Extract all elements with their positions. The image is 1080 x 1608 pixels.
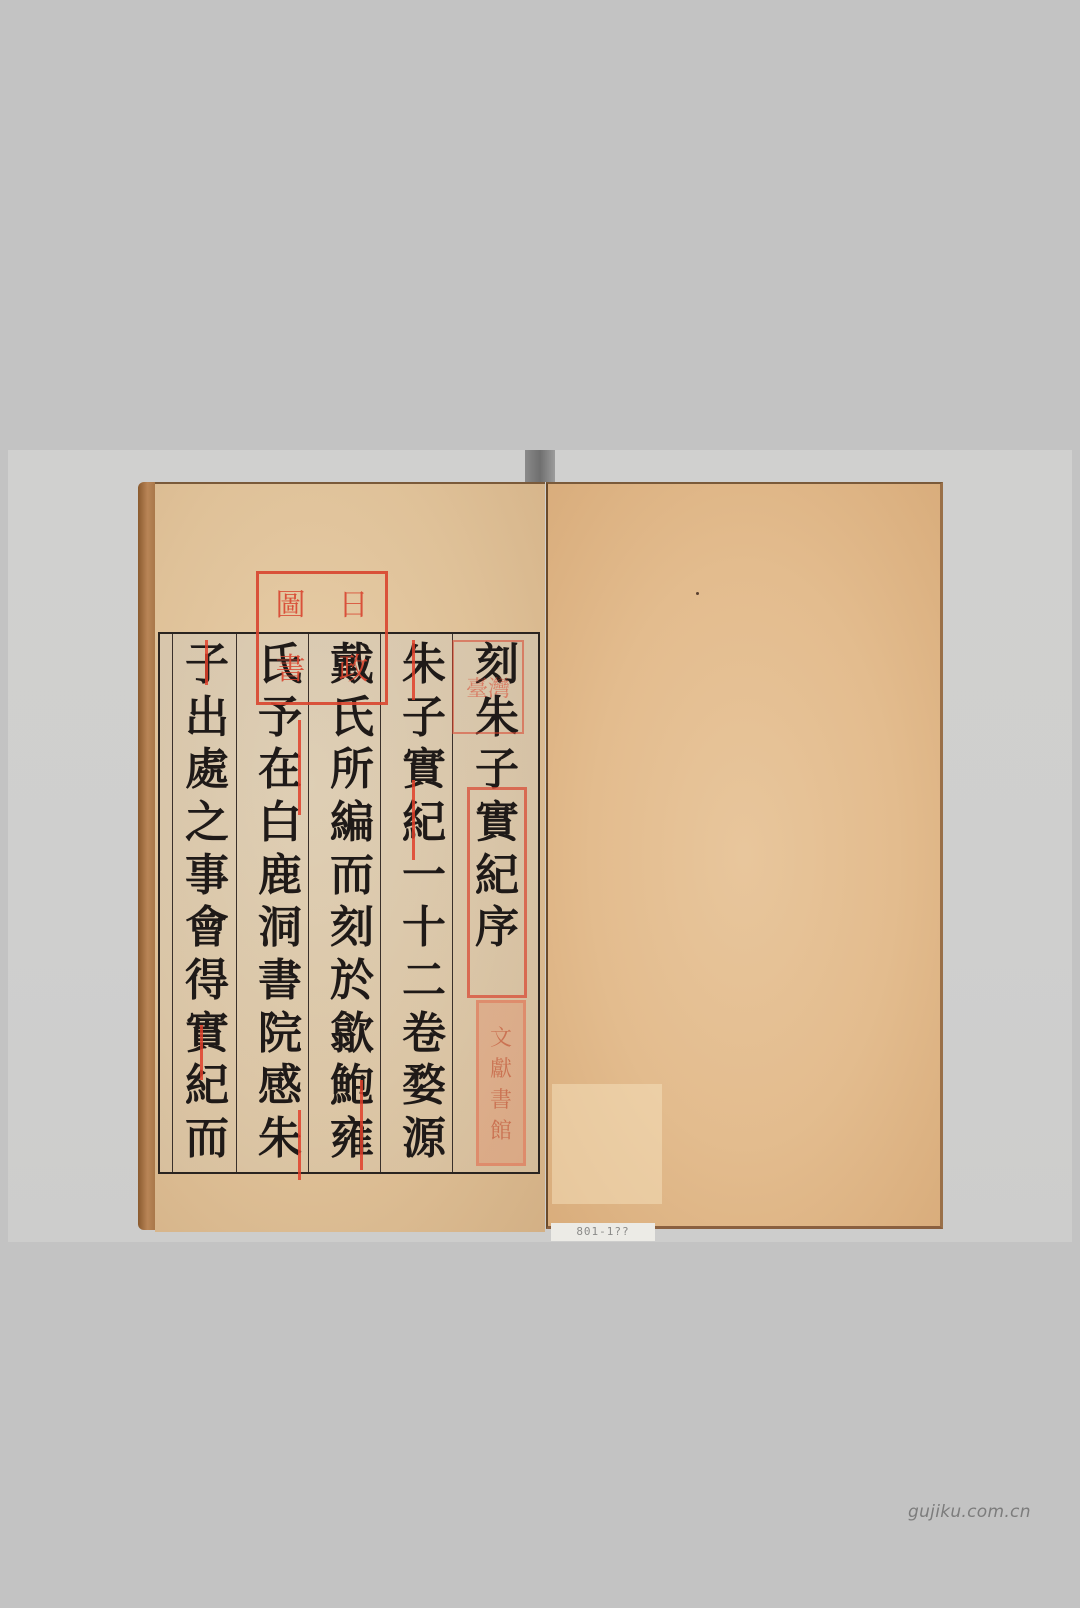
char: 朱 xyxy=(402,640,446,690)
char: 鮑 xyxy=(330,1061,374,1111)
red-annotation-mark xyxy=(205,640,208,685)
char: 而 xyxy=(330,851,374,901)
seal-char: 書 xyxy=(259,655,322,685)
seal-char: 日 xyxy=(322,591,385,621)
char: 婺 xyxy=(402,1061,446,1111)
red-annotation-mark xyxy=(360,1080,363,1170)
book-gutter-shadow xyxy=(525,450,555,482)
char: 所 xyxy=(330,745,374,795)
red-annotation-mark xyxy=(412,780,415,860)
char: 刻 xyxy=(330,903,374,953)
red-annotation-mark xyxy=(412,640,415,700)
char: 事 xyxy=(185,851,229,901)
char: 感 xyxy=(258,1061,302,1111)
library-seal-large: 圖 日 書 政 xyxy=(256,571,388,705)
ink-speck xyxy=(696,592,699,595)
char: 而 xyxy=(185,1114,229,1164)
right-page-blank xyxy=(546,482,943,1229)
char: 書 xyxy=(258,956,302,1006)
seal-char: 政 xyxy=(322,655,385,685)
open-book: 刻 朱 子 實 紀 序 朱 子 實 紀 一 十 二 卷 婺 源 戴 氏 所 xyxy=(0,0,1080,1608)
char: 二 xyxy=(402,956,446,1006)
collector-seal: 文 獻 書 館 xyxy=(476,1000,526,1166)
text-column-2: 戴 氏 所 編 而 刻 於 歙 鮑 雍 xyxy=(321,640,383,1164)
char: 實 xyxy=(402,745,446,795)
char: 白 xyxy=(258,798,302,848)
red-annotation-mark xyxy=(298,720,301,815)
seal-char: 文 xyxy=(490,1021,512,1052)
char: 十 xyxy=(402,903,446,953)
char: 鹿 xyxy=(258,851,302,901)
char: 在 xyxy=(258,745,302,795)
red-annotation-mark xyxy=(200,1025,203,1080)
text-column-1: 朱 子 實 紀 一 十 二 卷 婺 源 xyxy=(393,640,455,1164)
paper-stain xyxy=(552,1084,662,1204)
char: 紀 xyxy=(402,798,446,848)
title-seal-frame xyxy=(467,787,527,998)
seal-char: 獻 xyxy=(490,1052,512,1083)
char: 紀 xyxy=(185,1061,229,1111)
char: 得 xyxy=(185,956,229,1006)
char: 出 xyxy=(185,693,229,743)
seal-char: 書 xyxy=(490,1083,512,1114)
seal-char: 圖 xyxy=(259,591,322,621)
text-column-4: 子 出 處 之 事 會 得 實 紀 而 xyxy=(176,640,238,1164)
library-seal-corner: 臺灣 xyxy=(452,640,524,734)
char: 洞 xyxy=(258,903,302,953)
red-annotation-mark xyxy=(298,1110,301,1180)
char: 會 xyxy=(185,903,229,953)
char: 源 xyxy=(402,1114,446,1164)
char: 之 xyxy=(185,798,229,848)
site-watermark: gujiku.com.cn xyxy=(908,1502,1031,1522)
seal-char: 臺灣 xyxy=(466,672,510,703)
char: 編 xyxy=(330,798,374,848)
column-rule xyxy=(172,634,173,1172)
char: 實 xyxy=(185,1009,229,1059)
text-column-3: 氏 予 在 白 鹿 洞 書 院 感 朱 xyxy=(249,640,311,1164)
char: 卷 xyxy=(402,1009,446,1059)
char: 於 xyxy=(330,956,374,1006)
char: 雍 xyxy=(330,1114,374,1164)
seal-char: 館 xyxy=(490,1114,512,1145)
char: 歙 xyxy=(330,1009,374,1059)
char: 子 xyxy=(402,693,446,743)
char: 朱 xyxy=(258,1114,302,1164)
char: 一 xyxy=(402,851,446,901)
call-number-tag: 801-1?? xyxy=(551,1223,655,1241)
char: 院 xyxy=(258,1009,302,1059)
char: 處 xyxy=(185,745,229,795)
